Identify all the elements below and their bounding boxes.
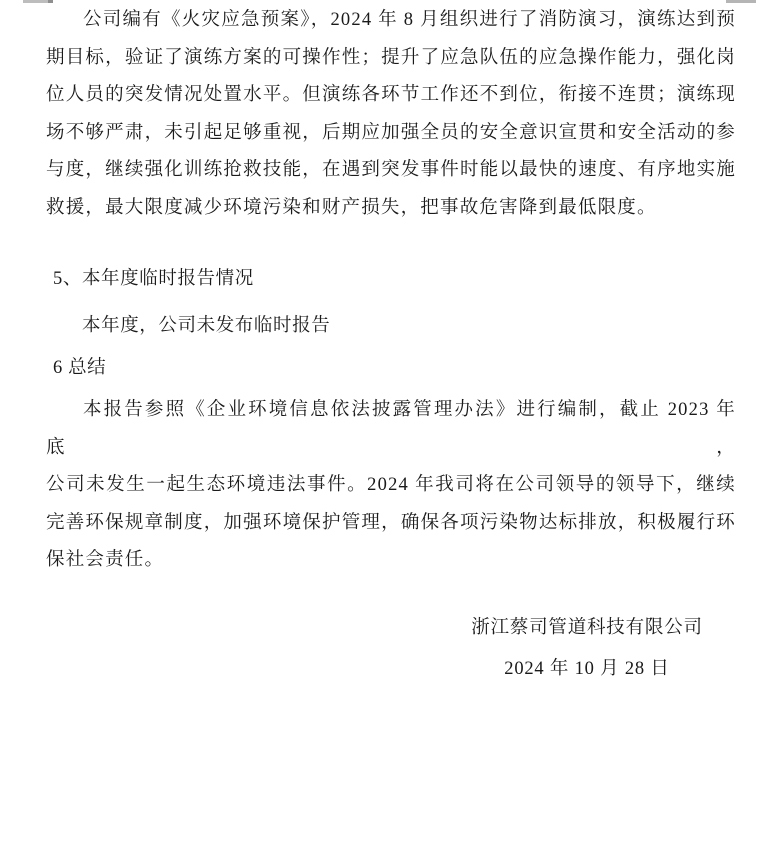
signature-company: 浙江蔡司管道科技有限公司 [397, 610, 777, 648]
signature-date: 2024 年 10 月 28 日 [397, 651, 777, 689]
section6-body-paragraph: 本报告参照《企业环境信息依法披露管理办法》进行编制，截止 2023 年底，公司未… [46, 392, 736, 580]
paragraph-fire-drill: 公司编有《火灾应急预案》，2024 年 8 月组织进行了消防演习，演练达到预期目… [46, 2, 736, 227]
text-line: 救援，最大限度减少环境污染和财产损失，把事故危害降到最低限度。 [46, 190, 736, 228]
section5-heading: 5、本年度临时报告情况 [53, 261, 254, 299]
text-line: 位人员的突发情况处置水平。但演练各环节工作还不到位，衔接不连贯；演练现 [46, 77, 736, 115]
text-line: 完善环保规章制度，加强环境保护管理，确保各项污染物达标排放，积极履行环 [46, 505, 736, 543]
text-line: 与度，继续强化训练抢救技能，在遇到突发事件时能以最快的速度、有序地实施 [46, 152, 736, 190]
text-line: 保社会责任。 [46, 542, 736, 580]
text-line: 公司编有《火灾应急预案》，2024 年 8 月组织进行了消防演习，演练达到预 [46, 2, 736, 40]
text-line: 期目标，验证了演练方案的可操作性；提升了应急队伍的应急操作能力，强化岗 [46, 40, 736, 78]
text-line: 场不够严肃，未引起足够重视，后期应加强全员的安全意识宣贯和安全活动的参 [46, 115, 736, 153]
document-page: 公司编有《火灾应急预案》，2024 年 8 月组织进行了消防演习，演练达到预期目… [0, 0, 781, 843]
text-line: 本报告参照《企业环境信息依法披露管理办法》进行编制，截止 2023 年底， [46, 392, 736, 467]
section6-heading: 6 总结 [53, 350, 106, 388]
section5-body: 本年度，公司未发布临时报告 [82, 308, 330, 346]
text-line: 公司未发生一起生态环境违法事件。2024 年我司将在公司领导的领导下，继续 [46, 467, 736, 505]
